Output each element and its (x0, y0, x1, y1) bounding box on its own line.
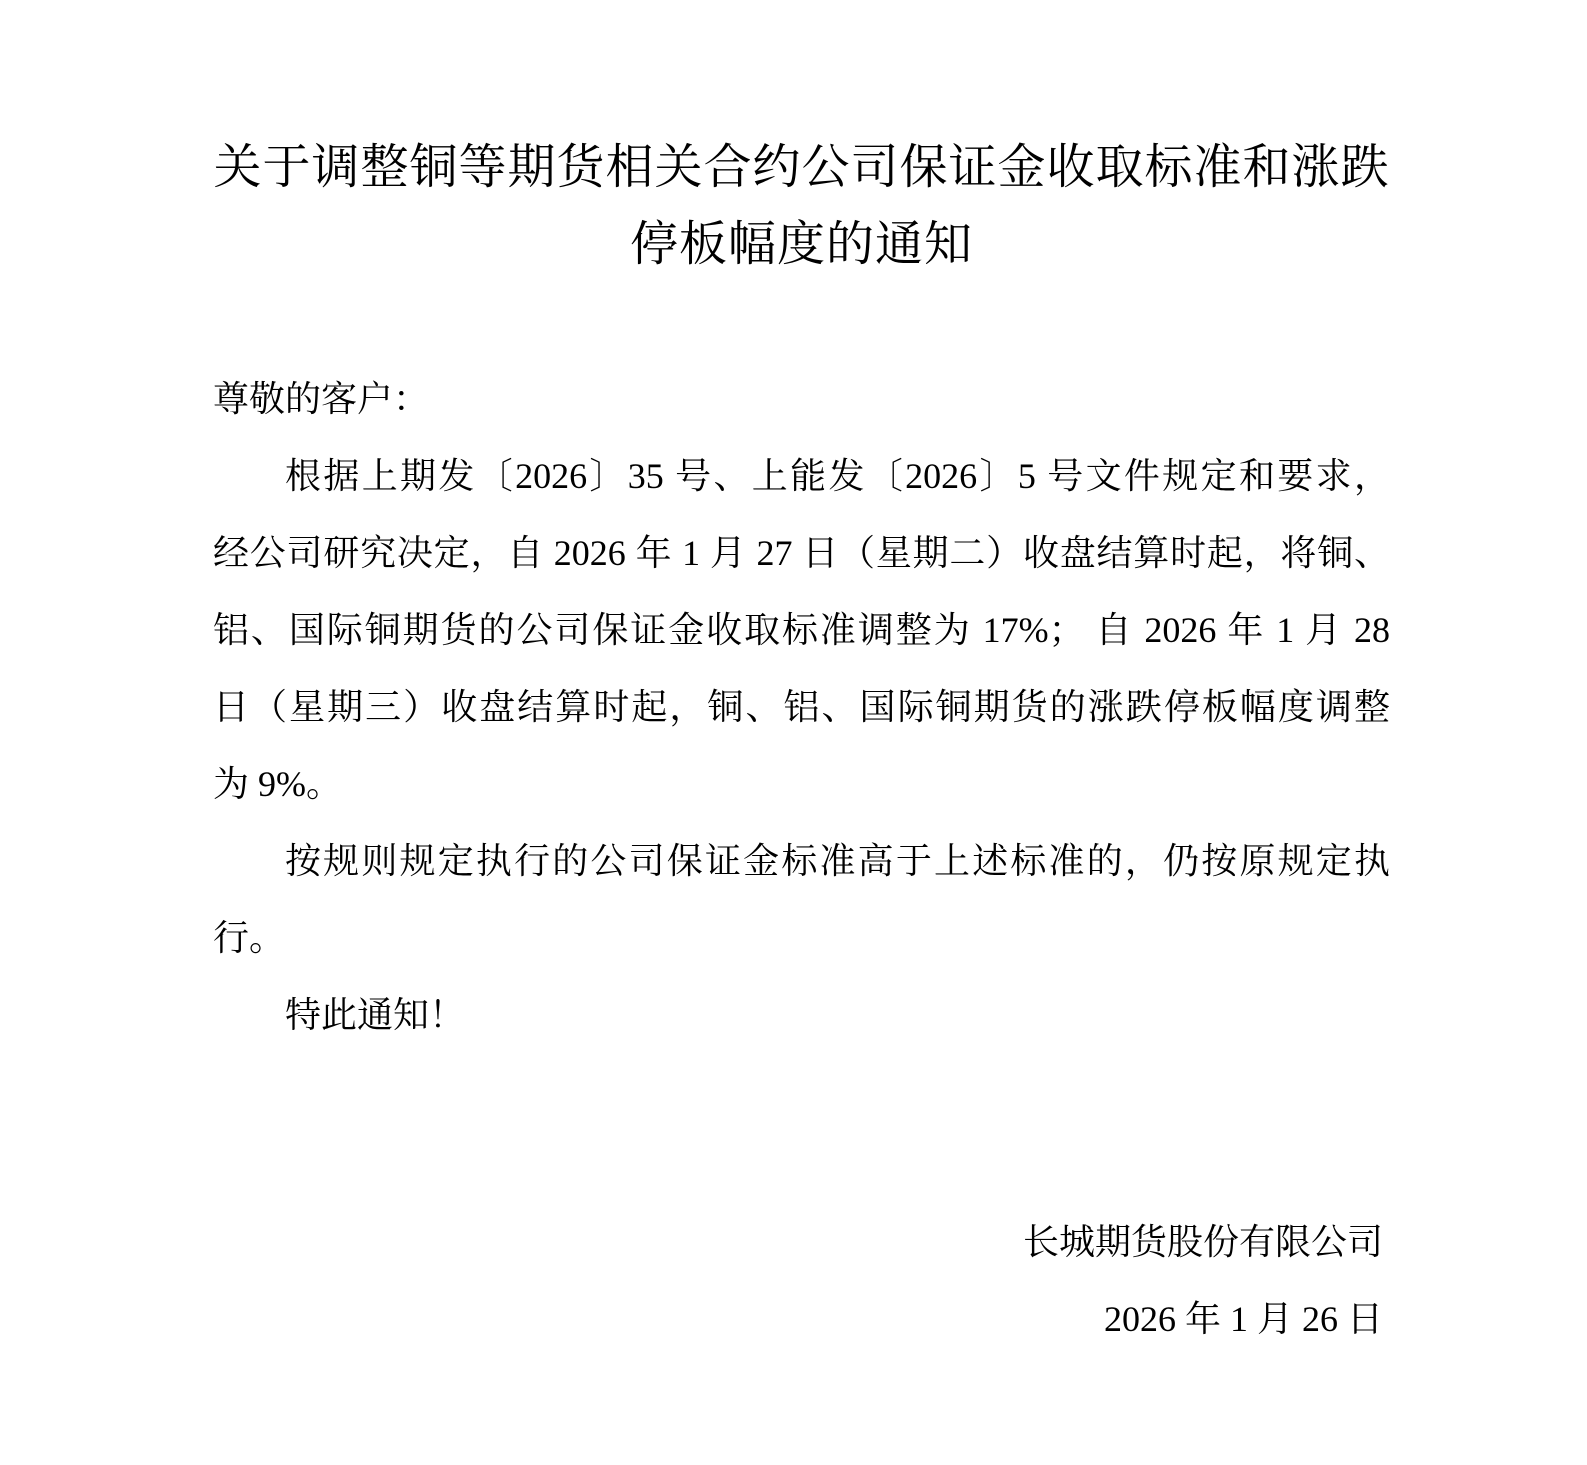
title-line: 关于调整铜等期货相关合约公司保证金收取标准和涨跌 (213, 129, 1390, 206)
notice-document-page: 关于调整铜等期货相关合约公司保证金收取标准和涨跌停板幅度的通知 尊敬的客户： 根… (0, 0, 1587, 1465)
document-body: 尊敬的客户： 根据上期发〔2026〕35 号、上能发〔2026〕5 号文件规定和… (213, 361, 1390, 1358)
text-line: 根据上期发〔2026〕35 号、上能发〔2026〕5 号文件规定和要求， (213, 438, 1390, 515)
text-line: 行。 (213, 900, 1390, 977)
document-title: 关于调整铜等期货相关合约公司保证金收取标准和涨跌停板幅度的通知 (213, 129, 1390, 283)
salutation-text: 尊敬的客户： (213, 361, 1390, 438)
text-line: 按规则规定执行的公司保证金标准高于上述标准的，仍按原规定执 (213, 823, 1390, 900)
text-line: 日（星期三）收盘结算时起，铜、铝、国际铜期货的涨跌停板幅度调整 (213, 669, 1390, 746)
paragraph-closing: 特此通知！ (213, 977, 1390, 1054)
text-line: 为 9%。 (213, 746, 1390, 823)
title-line: 停板幅度的通知 (213, 206, 1390, 283)
salutation-paragraph: 尊敬的客户： (213, 361, 1390, 438)
text-line: 铝、国际铜期货的公司保证金收取标准调整为 17%； 自 2026 年 1 月 2… (213, 592, 1390, 669)
company-name: 长城期货股份有限公司 (213, 1204, 1383, 1281)
paragraph-margin-adjustment: 根据上期发〔2026〕35 号、上能发〔2026〕5 号文件规定和要求，经公司研… (213, 438, 1390, 823)
signature-block: 长城期货股份有限公司 2026 年 1 月 26 日 (213, 1204, 1390, 1358)
text-line: 特此通知！ (213, 977, 1390, 1054)
paragraph-exception-rule: 按规则规定执行的公司保证金标准高于上述标准的，仍按原规定执行。 (213, 823, 1390, 977)
signature-date: 2026 年 1 月 26 日 (213, 1281, 1383, 1358)
text-line: 经公司研究决定，自 2026 年 1 月 27 日（星期二）收盘结算时起，将铜、 (213, 515, 1390, 592)
